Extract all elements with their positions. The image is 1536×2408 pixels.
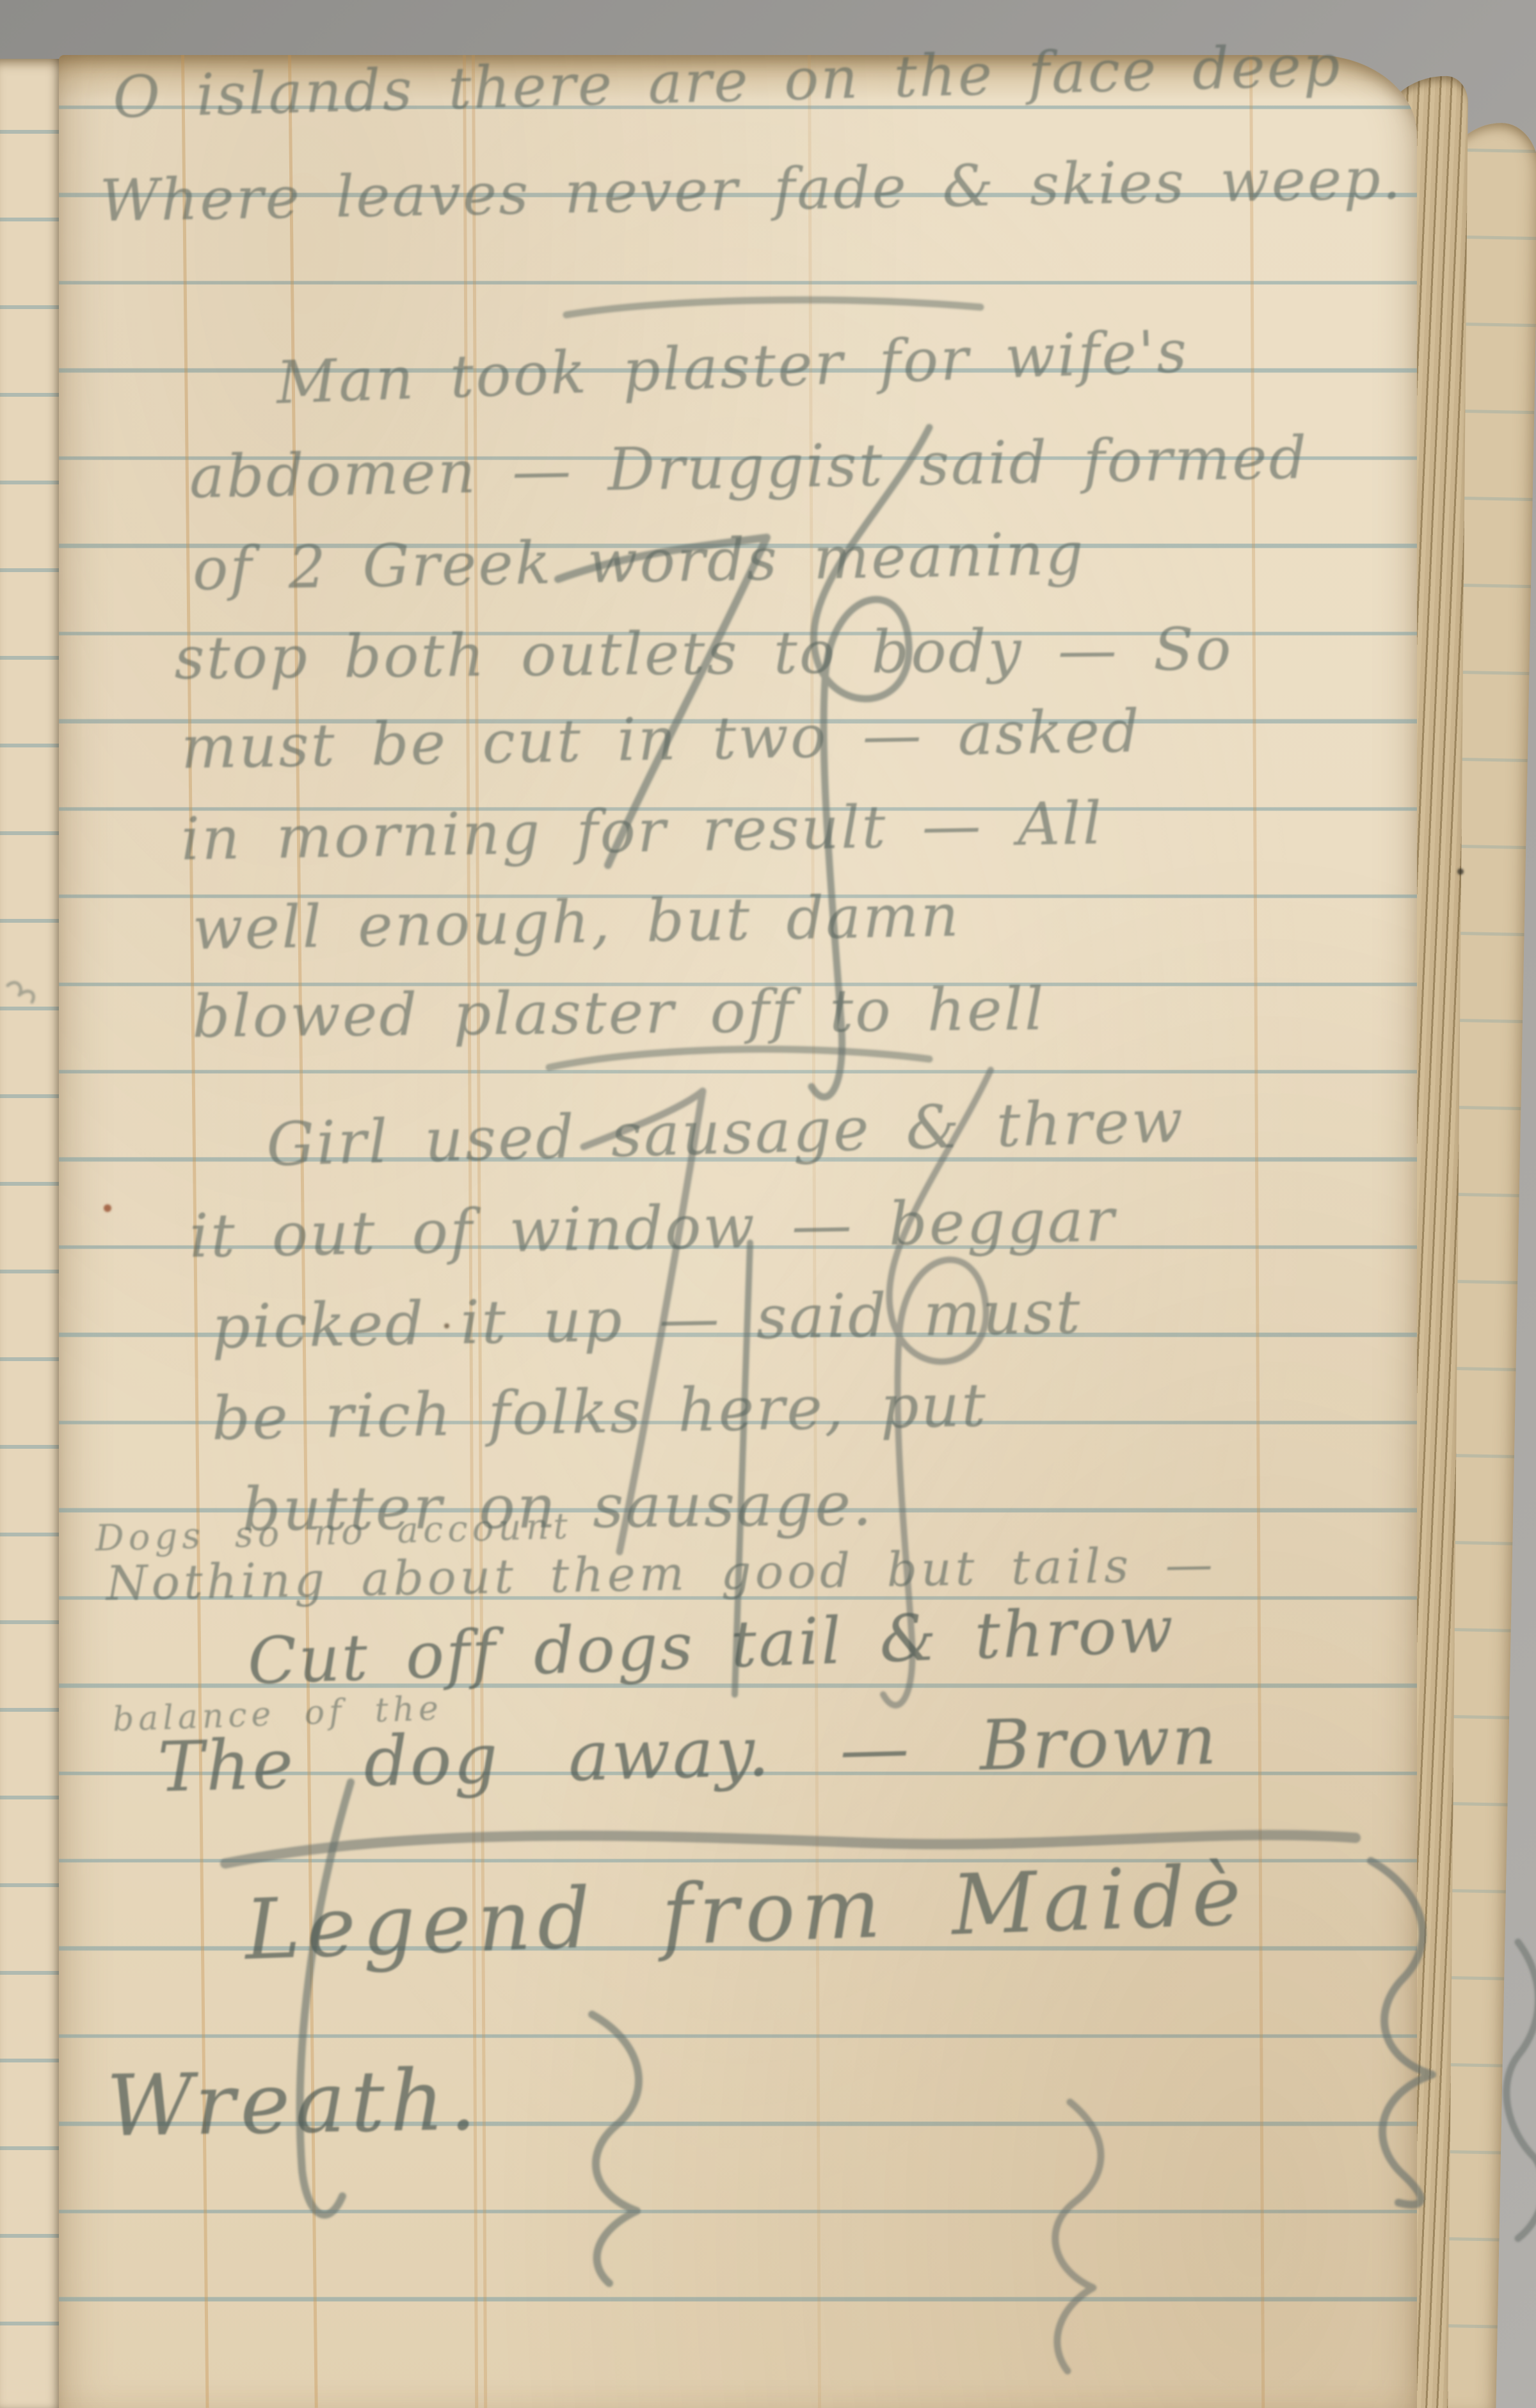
- dark-speck-1: [1457, 868, 1464, 875]
- use-mark-vertical-lower: [735, 1243, 750, 1694]
- pencil-marks-layer: [0, 0, 1536, 2408]
- dark-speck-2: [444, 1323, 449, 1328]
- divider-wavy-long: [225, 1835, 1356, 1863]
- edge-zigzag: [1507, 1942, 1536, 2238]
- divider-short-1: [566, 300, 980, 315]
- brace-after-wreath: [592, 2014, 639, 2283]
- divider-short-2: [549, 1049, 929, 1067]
- use-mark-seven-lower: [584, 1091, 703, 1552]
- use-mark-eight-upper: [812, 427, 929, 1097]
- center-zigzag: [1055, 2102, 1101, 2371]
- brace-after-maide: [1371, 1861, 1432, 2205]
- red-speck: [104, 1204, 111, 1212]
- use-mark-seven-upper: [558, 538, 767, 865]
- gutter-squiggle: [8, 982, 33, 1002]
- use-mark-eight-lower: [883, 1070, 991, 1705]
- notebook-scan: O islands there are on the face deep Whe…: [0, 0, 1536, 2408]
